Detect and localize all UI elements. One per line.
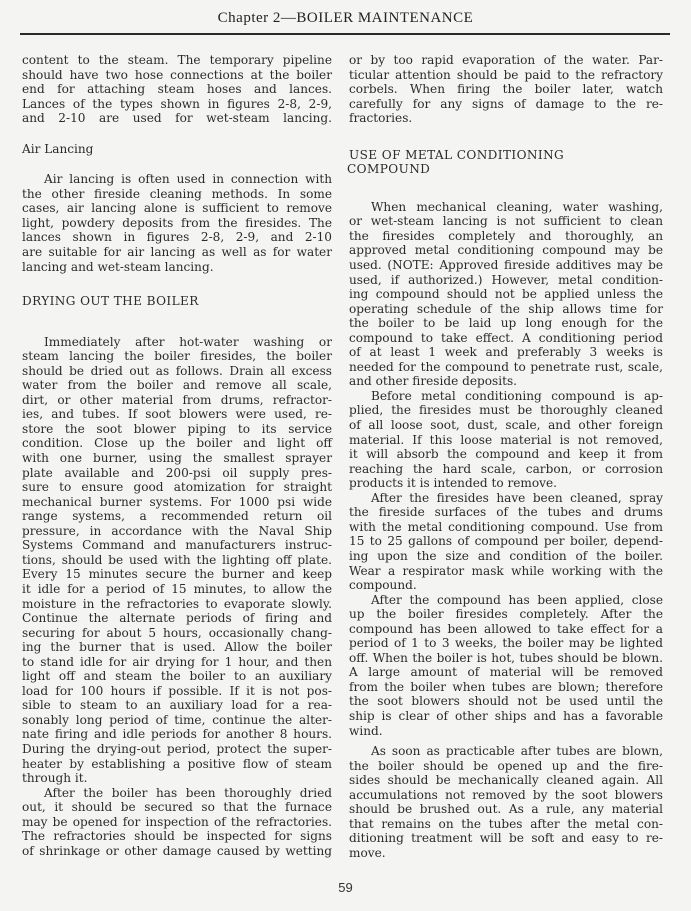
text-line: should be brushed out. As a rule, any ma… xyxy=(349,802,663,817)
text-line: it idle for a period of 15 minutes, to a… xyxy=(22,582,332,597)
text-line: period of 1 to 3 weeks, the boiler may b… xyxy=(349,636,663,651)
text-line: the boiler should be opened up and the f… xyxy=(349,759,663,774)
text-line: should be dried out as follows. Drain al… xyxy=(22,364,332,379)
subheading-air-lancing: Air Lancing xyxy=(22,142,332,157)
left-column: content to the steam. The temporary pipe… xyxy=(22,53,332,858)
text-line: ditioning treatment will be soft and eas… xyxy=(349,831,663,846)
header-rule xyxy=(20,33,670,35)
paragraph-before-metal: Before metal conditioning compound is ap… xyxy=(349,389,663,491)
paragraph-refractories-continued: or by too rapid evaporation of the water… xyxy=(349,53,663,126)
text-line: store the soot blower piping to its serv… xyxy=(22,422,332,437)
section-heading-drying-out: DRYING OUT THE BOILER xyxy=(22,294,332,309)
text-line: material. If this loose material is not … xyxy=(349,433,663,448)
text-line: Before metal conditioning compound is ap… xyxy=(349,389,663,404)
text-line: load for 100 hours if possible. If it is… xyxy=(22,684,332,699)
text-line: A large amount of material will be remov… xyxy=(349,665,663,680)
text-line: needed for the compound to penetrate rus… xyxy=(349,360,663,375)
text-line: plate available and 200-psi oil supply p… xyxy=(22,466,332,481)
paragraph-after-firesides-cleaned: After the firesides have been cleaned, s… xyxy=(349,491,663,593)
text-line: corbels. When firing the boiler later, w… xyxy=(349,82,663,97)
text-line: products it is intended to remove. xyxy=(349,476,663,491)
text-line: it will absorb the compound and keep it … xyxy=(349,447,663,462)
text-line: 15 to 25 gallons of compound per boiler,… xyxy=(349,534,663,549)
text-line: Lances of the types shown in figures 2-8… xyxy=(22,97,332,112)
section-heading-metal-conditioning-line2: COMPOUND xyxy=(347,162,663,177)
text-line: sonably long period of time, continue th… xyxy=(22,713,332,728)
text-line: used. (NOTE: Approved fireside additives… xyxy=(349,258,663,273)
text-line: dirt, or other material from drums, refr… xyxy=(22,393,332,408)
text-line: or by too rapid evaporation of the water… xyxy=(349,53,663,68)
text-line: When mechanical cleaning, water washing, xyxy=(349,200,663,215)
text-line: out, it should be secured so that the fu… xyxy=(22,800,332,815)
text-line: mechanical burner systems. For 1000 psi … xyxy=(22,495,332,510)
text-line: After the firesides have been cleaned, s… xyxy=(349,491,663,506)
section-heading-metal-conditioning: USE OF METAL CONDITIONING xyxy=(349,148,663,163)
paragraph-after-dried: After the boiler has been thoroughly dri… xyxy=(22,786,332,859)
text-line: are suitable for air lancing as well as … xyxy=(22,245,332,260)
text-line: condition. Close up the boiler and light… xyxy=(22,436,332,451)
text-line: cases, air lancing alone is sufficient t… xyxy=(22,201,332,216)
text-line: light off and steam the boiler to an aux… xyxy=(22,669,332,684)
text-line: used, if authorized.) However, metal con… xyxy=(349,273,663,288)
text-line: carefully for any signs of damage to the… xyxy=(349,97,663,112)
text-line: steam lancing the boiler firesides, the … xyxy=(22,349,332,364)
text-line: ticular attention should be paid to the … xyxy=(349,68,663,83)
text-line: should have two hose connections at the … xyxy=(22,68,332,83)
text-line: lances shown in figures 2-8, 2-9, and 2-… xyxy=(22,230,332,245)
text-line: pressure, in accordance with the Naval S… xyxy=(22,524,332,539)
text-line: The refractories should be inspected for… xyxy=(22,829,332,844)
text-line: tions, should be used with the lighting … xyxy=(22,553,332,568)
text-line: sible to steam to an auxiliary load for … xyxy=(22,698,332,713)
running-header: Chapter 2—BOILER MAINTENANCE xyxy=(0,10,691,27)
text-line: the soot blowers should not be used unti… xyxy=(349,694,663,709)
text-line: ing compound should not be applied unles… xyxy=(349,287,663,302)
text-line: water from the boiler and remove all sca… xyxy=(22,378,332,393)
text-line: ship is clear of other ships and has a f… xyxy=(349,709,663,724)
text-line: from the boiler when tubes are blown; th… xyxy=(349,680,663,695)
text-line: that remains on the tubes after the meta… xyxy=(349,817,663,832)
paragraph-drying-out: Immediately after hot-water washing or s… xyxy=(22,335,332,786)
text-line: with one burner, using the smallest spra… xyxy=(22,451,332,466)
text-line: and 2-10 are used for wet-steam lancing. xyxy=(22,111,332,126)
text-line: Every 15 minutes secure the burner and k… xyxy=(22,567,332,582)
text-line: plied, the firesides must be thoroughly … xyxy=(349,403,663,418)
text-line: heater by establishing a positive flow o… xyxy=(22,757,332,772)
text-line: As soon as practicable after tubes are b… xyxy=(349,744,663,759)
text-line: the firesides completely and thoroughly,… xyxy=(349,229,663,244)
text-line: end for attaching steam hoses and lances… xyxy=(22,82,332,97)
text-line: Air lancing is often used in connection … xyxy=(22,172,332,187)
paragraph-after-compound-applied: After the compound has been applied, clo… xyxy=(349,593,663,738)
text-line: Immediately after hot-water washing or xyxy=(22,335,332,350)
paragraph-as-soon-as-practicable: As soon as practicable after tubes are b… xyxy=(349,744,663,860)
text-line: the other fireside cleaning methods. In … xyxy=(22,187,332,202)
text-line: Wear a respirator mask while working wit… xyxy=(349,564,663,579)
text-line: nate firing and idle periods for another… xyxy=(22,727,332,742)
text-line: of at least 1 week and preferably 3 week… xyxy=(349,345,663,360)
text-line: During the drying-out period, protect th… xyxy=(22,742,332,757)
text-line: securing for about 5 hours, occasionally… xyxy=(22,626,332,641)
text-line: move. xyxy=(349,846,663,861)
text-line: operating schedule of the ship allows ti… xyxy=(349,302,663,317)
paragraph-when-mechanical: When mechanical cleaning, water washing,… xyxy=(349,200,663,389)
text-line: off. When the boiler is hot, tubes shoul… xyxy=(349,651,663,666)
text-line: ing the burner that is used. Allow the b… xyxy=(22,640,332,655)
text-line: compound has been allowed to take effect… xyxy=(349,622,663,637)
text-line: ies, and tubes. If soot blowers were use… xyxy=(22,407,332,422)
text-line: approved metal conditioning compound may… xyxy=(349,243,663,258)
text-line: may be opened for inspection of the refr… xyxy=(22,815,332,830)
text-line: reaching the hard scale, carbon, or corr… xyxy=(349,462,663,477)
text-line: to stand idle for air drying for 1 hour,… xyxy=(22,655,332,670)
text-line: wind. xyxy=(349,724,663,739)
text-line: up the boiler firesides completely. Afte… xyxy=(349,607,663,622)
text-line: accumulations not removed by the soot bl… xyxy=(349,788,663,803)
right-column: or by too rapid evaporation of the water… xyxy=(349,53,663,860)
text-line: After the boiler has been thoroughly dri… xyxy=(22,786,332,801)
text-line: content to the steam. The temporary pipe… xyxy=(22,53,332,68)
text-line: the fireside surfaces of the tubes and d… xyxy=(349,505,663,520)
text-line: and other fireside deposits. xyxy=(349,374,663,389)
text-line: fractories. xyxy=(349,111,663,126)
page-number: 59 xyxy=(0,880,691,895)
text-line: with the metal conditioning compound. Us… xyxy=(349,520,663,535)
text-line: lancing and wet-steam lancing. xyxy=(22,260,332,275)
text-line: through it. xyxy=(22,771,332,786)
text-line: moisture in the refractories to evaporat… xyxy=(22,597,332,612)
text-line: compound to take effect. A conditioning … xyxy=(349,331,663,346)
text-line: of all loose soot, dust, scale, and othe… xyxy=(349,418,663,433)
text-line: Systems Command and manufacturers instru… xyxy=(22,538,332,553)
text-line: ing upon the size and condition of the b… xyxy=(349,549,663,564)
text-line: the boiler to be laid up long enough for… xyxy=(349,316,663,331)
text-line: compound. xyxy=(349,578,663,593)
text-line: Continue the alternate periods of firing… xyxy=(22,611,332,626)
text-line: sides should be mechanically cleaned aga… xyxy=(349,773,663,788)
text-line: or wet-steam lancing is not sufficient t… xyxy=(349,214,663,229)
text-line: range systems, a recommended return oil xyxy=(22,509,332,524)
paragraph-wet-steam-continued: content to the steam. The temporary pipe… xyxy=(22,53,332,126)
text-line: light, powdery deposits from the firesid… xyxy=(22,216,332,231)
text-line: sure to ensure good atomization for stra… xyxy=(22,480,332,495)
text-line: After the compound has been applied, clo… xyxy=(349,593,663,608)
paragraph-air-lancing: Air lancing is often used in connection … xyxy=(22,172,332,274)
text-line: of shrinkage or other damage caused by w… xyxy=(22,844,332,859)
